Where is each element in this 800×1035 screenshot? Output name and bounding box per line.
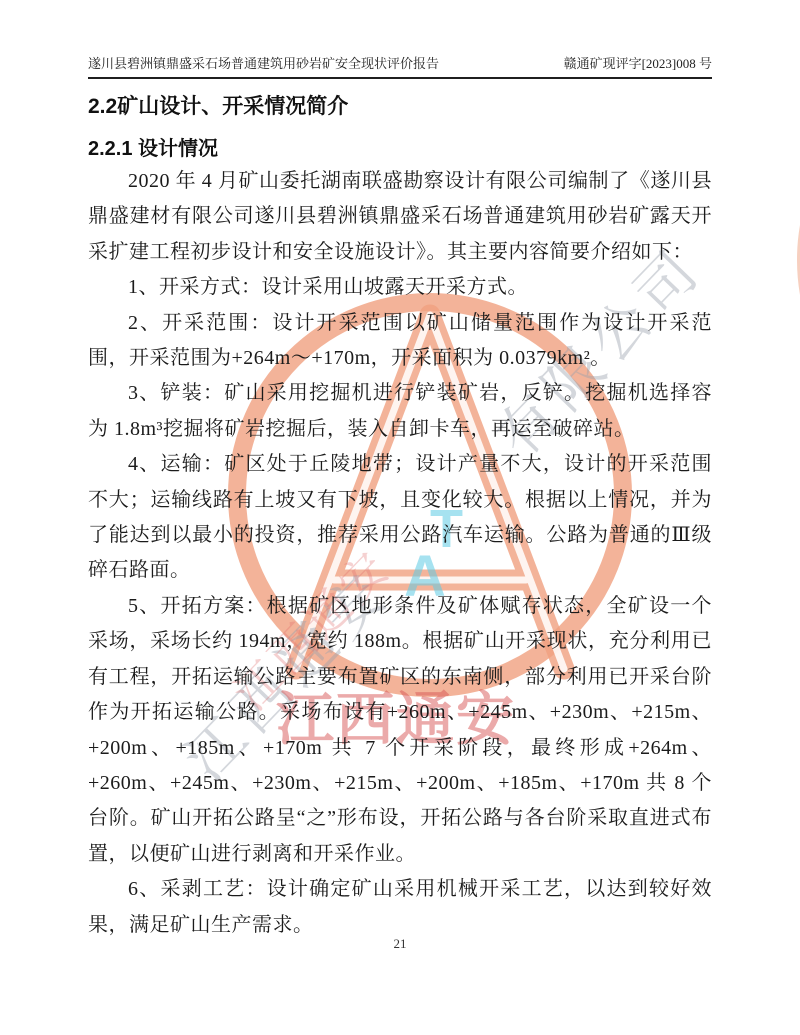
page-number: 21 — [0, 936, 800, 952]
paragraph: 2、开采范围：设计开采范围以矿山储量范围作为设计开采范围，开采范围为+264m～… — [88, 306, 712, 377]
document-number: 赣通矿现评字[2023]008 号 — [564, 53, 712, 72]
paragraph: 4、运输：矿区处于丘陵地带；设计产量不大，设计的开采范围不大；运输线路有上坡又有… — [88, 447, 712, 589]
paragraph: 6、采剥工艺：设计确定矿山采用机械开采工艺，以达到较好效果，满足矿山生产需求。 — [88, 872, 712, 943]
section-heading: 2.2矿山设计、开采情况简介 — [88, 90, 712, 120]
paragraph: 1、开采方式：设计采用山坡露天开采方式。 — [88, 270, 712, 305]
page-header: 遂川县碧洲镇鼎盛采石场普通建筑用砂岩矿安全现状评价报告 赣通矿现评字[2023]… — [88, 53, 712, 72]
header-divider — [88, 77, 712, 79]
paragraph: 2020 年 4 月矿山委托湖南联盛勘察设计有限公司编制了《遂川县鼎盛建材有限公… — [88, 164, 712, 270]
paragraph: 3、铲装：矿山采用挖掘机进行铲装矿岩，反铲。挖掘机选择容为 1.8m³挖掘将矿岩… — [88, 376, 712, 447]
report-title: 遂川县碧洲镇鼎盛采石场普通建筑用砂岩矿安全现状评价报告 — [88, 53, 439, 72]
paragraph: 5、开拓方案：根据矿区地形条件及矿体赋存状态，全矿设一个采场，采场长约 194m… — [88, 589, 712, 872]
subsection-heading: 2.2.1 设计情况 — [88, 132, 712, 161]
body-text: 2020 年 4 月矿山委托湖南联盛勘察设计有限公司编制了《遂川县鼎盛建材有限公… — [88, 164, 712, 943]
